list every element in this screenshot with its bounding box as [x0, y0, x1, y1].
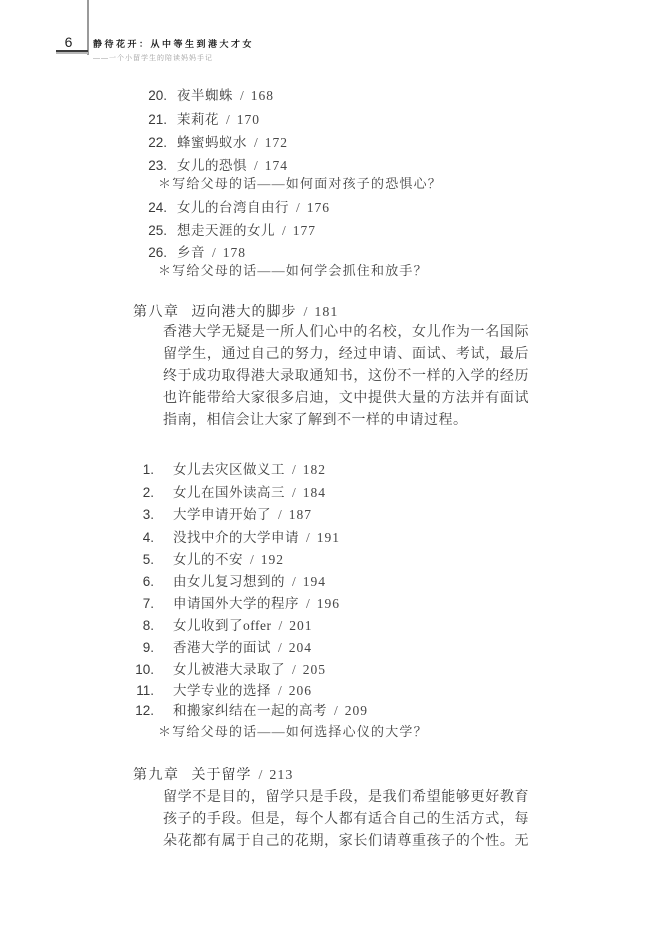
item-number: 1. [133, 462, 154, 477]
header-vertical-rule [87, 0, 89, 55]
chapter-page: 213 [269, 768, 293, 783]
item-page: 194 [303, 574, 326, 589]
item-number: 23. [133, 158, 167, 173]
item-title: 女儿在国外读高三 [173, 485, 285, 500]
toc-item: 3.大学申请开始了/187 [133, 503, 312, 523]
item-number: 22. [133, 135, 167, 150]
toc-item: 11.大学专业的选择/206 [133, 679, 312, 699]
item-number: 25. [133, 223, 167, 238]
toc-item: 7.申请国外大学的程序/196 [133, 592, 340, 612]
item-number: 20. [133, 88, 167, 103]
item-page: 184 [303, 485, 326, 500]
toc-item: 20.夜半蜘蛛/168 [133, 84, 274, 104]
toc-item: 8.女儿收到了offer/201 [133, 614, 313, 634]
item-page: 209 [345, 703, 368, 718]
intro-line: 留学不是目的，留学只是手段，是我们希望能够更好教育 [163, 787, 529, 809]
item-separator: / [279, 618, 283, 633]
page-number-rule [56, 50, 88, 54]
toc-item: 2.女儿在国外读高三/184 [133, 481, 326, 501]
item-separator: / [250, 552, 254, 567]
item-page: 170 [237, 112, 260, 127]
item-number: 8. [133, 618, 154, 633]
item-title: 夜半蜘蛛 [177, 88, 233, 103]
item-number: 7. [133, 596, 154, 611]
item-page: 196 [317, 596, 340, 611]
item-page: 206 [289, 683, 312, 698]
item-number: 11. [133, 683, 154, 698]
item-page: 177 [293, 223, 316, 238]
item-title: 大学申请开始了 [173, 507, 271, 522]
item-separator: / [278, 683, 282, 698]
item-page: 168 [251, 88, 274, 103]
item-number: 12. [133, 703, 154, 718]
item-title: 茉莉花 [177, 112, 219, 127]
item-separator: / [212, 245, 216, 260]
page-number: 6 [52, 34, 85, 50]
chapter-heading: 第九章关于留学/213 [133, 764, 293, 784]
item-title: 乡音 [177, 245, 205, 260]
intro-line: 香港大学无疑是一所人们心中的名校，女儿作为一名国际 [163, 322, 529, 344]
item-separator: / [306, 596, 310, 611]
toc-item: 9.香港大学的面试/204 [133, 636, 312, 656]
item-separator: / [278, 640, 282, 655]
item-separator: / [292, 462, 296, 477]
item-title: 女儿被港大录取了 [173, 662, 285, 677]
item-number: 10. [133, 662, 154, 677]
item-separator: / [292, 485, 296, 500]
item-title: 蜂蜜蚂蚁水 [177, 135, 247, 150]
item-title: 香港大学的面试 [173, 640, 271, 655]
toc-item: 10.女儿被港大录取了/205 [133, 658, 326, 678]
item-number: 26. [133, 245, 167, 260]
item-number: 9. [133, 640, 154, 655]
toc-item: 1.女儿去灾区做义工/182 [133, 458, 326, 478]
item-page: 187 [289, 507, 312, 522]
toc-item: 21.茉莉花/170 [133, 108, 260, 128]
item-page: 182 [303, 462, 326, 477]
item-title: 女儿的台湾自由行 [177, 200, 289, 215]
parent-note: ＊写给父母的话——如何选择心仪的大学？ [158, 721, 428, 740]
intro-line: 朵花都有属于自己的花期，家长们请尊重孩子的个性。无 [163, 831, 529, 853]
item-title: 申请国外大学的程序 [173, 596, 299, 611]
item-number: 2. [133, 485, 154, 500]
toc-item: 26.乡音/178 [133, 241, 246, 261]
parent-note: ＊写给父母的话——如何学会抓住和放手？ [158, 260, 428, 279]
intro-line: 留学生，通过自己的努力，经过申请、面试、考试，最后 [163, 344, 529, 366]
item-page: 201 [289, 618, 312, 633]
item-page: 191 [317, 530, 340, 545]
chapter-intro: 留学不是目的，留学只是手段，是我们希望能够更好教育 孩子的手段。但是，每个人都有… [163, 787, 529, 853]
item-number: 4. [133, 530, 154, 545]
item-page: 204 [289, 640, 312, 655]
item-page: 174 [265, 158, 288, 173]
item-separator: / [292, 662, 296, 677]
item-separator: / [240, 88, 244, 103]
item-separator: / [259, 768, 263, 783]
book-toc-page: 6 静待花开：从中等生到港大才女 ——一个小留学生的陪读妈妈手记 20.夜半蜘蛛… [0, 0, 650, 926]
chapter-page: 181 [314, 305, 338, 320]
item-title: 女儿去灾区做义工 [173, 462, 285, 477]
item-title: 女儿收到了offer [173, 618, 272, 633]
intro-line: 孩子的手段。但是，每个人都有适合自己的生活方式，每 [163, 809, 529, 831]
toc-item: 22.蜂蜜蚂蚁水/172 [133, 131, 288, 151]
item-separator: / [292, 574, 296, 589]
item-page: 192 [261, 552, 284, 567]
item-title: 和搬家纠结在一起的高考 [173, 703, 327, 718]
item-page: 205 [303, 662, 326, 677]
item-page: 172 [265, 135, 288, 150]
item-separator: / [226, 112, 230, 127]
item-separator: / [296, 200, 300, 215]
item-separator: / [278, 507, 282, 522]
item-title: 女儿的恐惧 [177, 158, 247, 173]
chapter-intro: 香港大学无疑是一所人们心中的名校，女儿作为一名国际 留学生，通过自己的努力，经过… [163, 322, 529, 432]
toc-item: 12.和搬家纠结在一起的高考/209 [133, 699, 368, 719]
item-number: 21. [133, 112, 167, 127]
toc-item: 23.女儿的恐惧/174 [133, 154, 288, 174]
intro-line: 也许能带给大家很多启迪，文中提供大量的方法并有面试 [163, 388, 529, 410]
chapter-label: 第八章 [133, 305, 180, 320]
toc-item: 24.女儿的台湾自由行/176 [133, 196, 330, 216]
item-title: 没找中介的大学申请 [173, 530, 299, 545]
intro-line: 指南，相信会让大家了解到不一样的申请过程。 [163, 410, 529, 432]
item-number: 5. [133, 552, 154, 567]
item-separator: / [282, 223, 286, 238]
item-title: 大学专业的选择 [173, 683, 271, 698]
item-title: 女儿的不安 [173, 552, 243, 567]
toc-item: 25.想走天涯的女儿/177 [133, 219, 316, 239]
item-number: 3. [133, 507, 154, 522]
item-separator: / [334, 703, 338, 718]
item-number: 24. [133, 200, 167, 215]
chapter-heading: 第八章迈向港大的脚步/181 [133, 301, 338, 321]
book-title: 静待花开：从中等生到港大才女 [93, 37, 254, 50]
item-title: 由女儿复习想到的 [173, 574, 285, 589]
item-title: 想走天涯的女儿 [177, 223, 275, 238]
intro-line: 终于成功取得港大录取通知书，这份不一样的入学的经历 [163, 366, 529, 388]
item-page: 178 [223, 245, 246, 260]
item-separator: / [254, 135, 258, 150]
parent-note: ＊写给父母的话——如何面对孩子的恐惧心？ [158, 173, 442, 192]
toc-item: 5.女儿的不安/192 [133, 548, 284, 568]
chapter-title: 迈向港大的脚步 [192, 305, 297, 320]
toc-item: 6.由女儿复习想到的/194 [133, 570, 326, 590]
item-separator: / [254, 158, 258, 173]
chapter-title: 关于留学 [192, 768, 252, 783]
item-separator: / [304, 305, 308, 320]
chapter-label: 第九章 [133, 768, 180, 783]
item-separator: / [306, 530, 310, 545]
book-subtitle: ——一个小留学生的陪读妈妈手记 [93, 53, 213, 63]
item-page: 176 [307, 200, 330, 215]
toc-item: 4.没找中介的大学申请/191 [133, 526, 340, 546]
item-number: 6. [133, 574, 154, 589]
